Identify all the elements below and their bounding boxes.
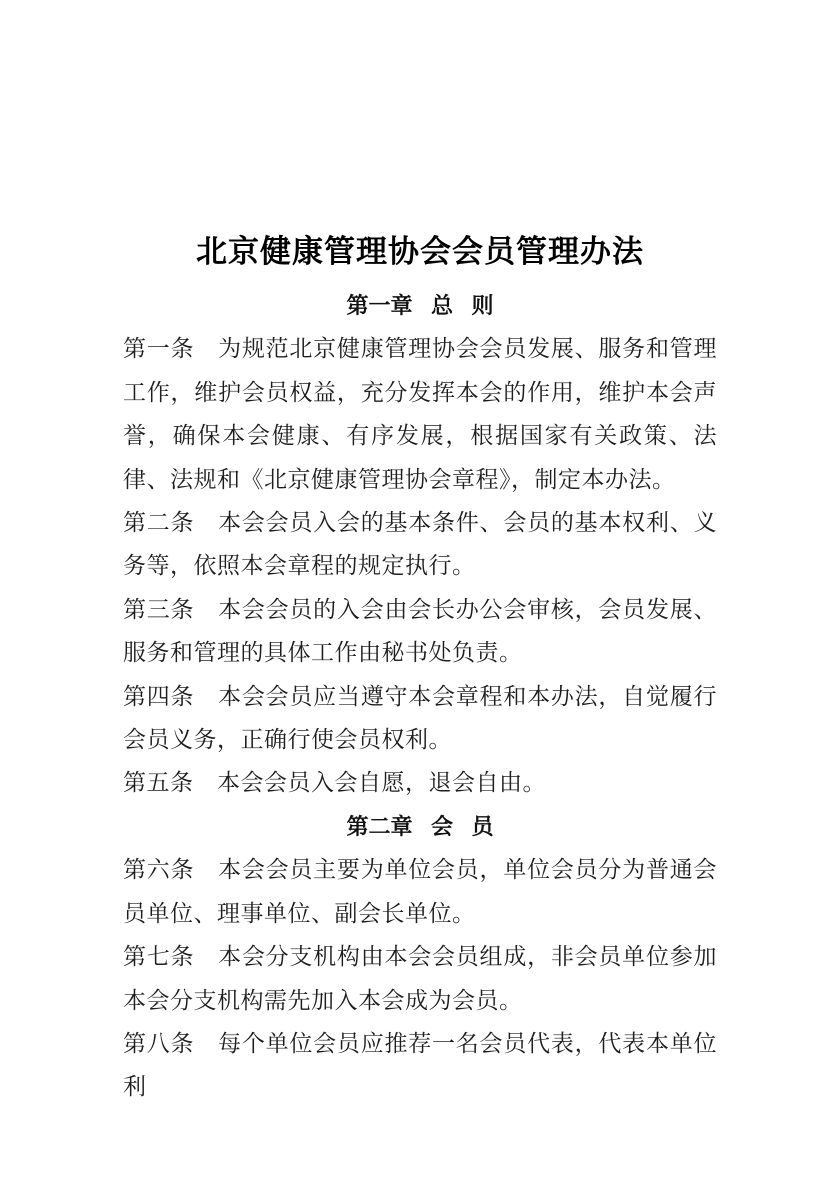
article-7: 第七条 本会分支机构由本会会员组成，非会员单位参加本会分支机构需先加入本会成为会… <box>123 935 717 1022</box>
chapter-heading-2: 第二章 会 员 <box>123 805 717 848</box>
article-3: 第三条 本会会员的入会由会长办公会审核，会员发展、服务和管理的具体工作由秘书处负… <box>123 588 717 675</box>
document-page: 北京健康管理协会会员管理办法 第一章 总 则 第一条 为规范北京健康管理协会会员… <box>0 0 840 1187</box>
chapter-heading-1: 第一章 总 则 <box>123 284 717 327</box>
article-4: 第四条 本会会员应当遵守本会章程和本办法，自觉履行会员义务，正确行使会员权利。 <box>123 675 717 762</box>
document-title: 北京健康管理协会会员管理办法 <box>123 228 717 276</box>
article-8: 第八条 每个单位会员应推荐一名会员代表，代表本单位利 <box>123 1022 717 1109</box>
article-6: 第六条 本会会员主要为单位会员，单位会员分为普通会员单位、理事单位、副会长单位。 <box>123 848 717 935</box>
document-body: 北京健康管理协会会员管理办法 第一章 总 则 第一条 为规范北京健康管理协会会员… <box>123 228 717 1109</box>
article-5: 第五条 本会会员入会自愿，退会自由。 <box>123 761 717 804</box>
article-2: 第二条 本会会员入会的基本条件、会员的基本权利、义务等，依照本会章程的规定执行。 <box>123 501 717 588</box>
article-1: 第一条 为规范北京健康管理协会会员发展、服务和管理工作，维护会员权益，充分发挥本… <box>123 327 717 501</box>
